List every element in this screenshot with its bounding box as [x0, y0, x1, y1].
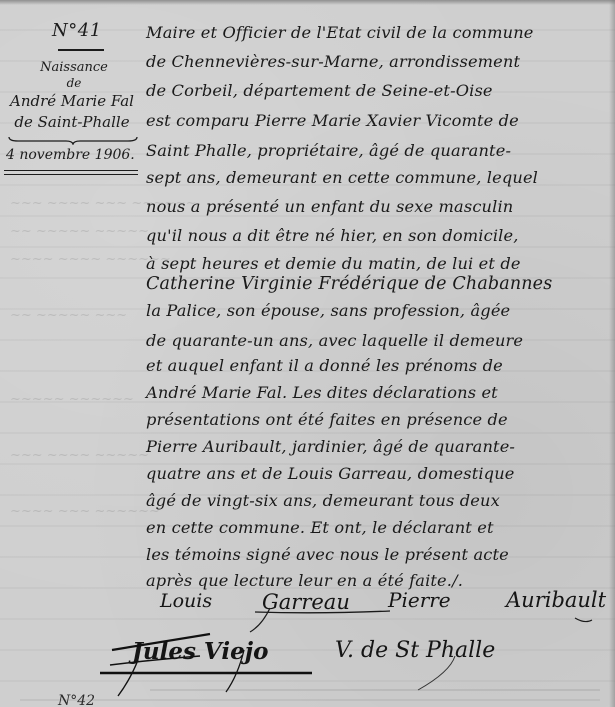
page-right-edge [609, 0, 615, 707]
body-line: Saint Phalle, propriétaire, âgé de quara… [146, 141, 511, 160]
next-act-number-partial: N°42 [58, 693, 95, 707]
body-line: sept ans, demeurant en cette commune, le… [146, 168, 538, 187]
body-line: qu'il nous a dit être né hier, en son do… [146, 226, 519, 245]
body-line: présentations ont été faites en présence… [146, 410, 508, 429]
body-line: âgé de vingt-six ans, demeurant tous deu… [146, 491, 500, 510]
body-line: de quarante-un ans, avec laquelle il dem… [146, 331, 523, 350]
bleed-through-text: ~~~~ ~~~ ~~~~~~ [10, 504, 160, 519]
body-line: est comparu Pierre Marie Xavier Vicomte … [146, 111, 519, 130]
bleed-through-text: ~~~~~ ~~~~~~ [10, 392, 134, 407]
bleed-through-text: ~~ ~~~~~ ~~~ [10, 308, 127, 323]
body-line: de Chennevières-sur-Marne, arrondissemen… [146, 52, 520, 71]
child-name-line1: André Marie Fal [0, 92, 146, 110]
act-number-underline [58, 49, 104, 51]
body-line: les témoins signé avec nous le présent a… [146, 545, 509, 564]
document-page: ~~~ ~~~~ ~~~ ~~~~~~ ~~ ~~~~~ ~~~~~ ~~~~ … [0, 0, 615, 707]
body-line: quatre ans et de Louis Garreau, domestiq… [146, 464, 515, 483]
signature-witness2-last: Auribault [506, 588, 606, 612]
body-line: et auquel enfant il a donné les prénoms … [146, 356, 503, 375]
body-line: André Marie Fal. Les dites déclarations … [146, 383, 498, 402]
bleed-through-text: ~~ ~~~~~ ~~~~~ [10, 224, 149, 239]
body-line: Pierre Auribault, jardinier, âgé de quar… [146, 437, 515, 456]
act-type-preposition: de [0, 76, 148, 90]
act-number: N°41 [52, 20, 102, 41]
page-top-edge [0, 0, 615, 5]
body-line: à sept heures et demie du matin, de lui … [146, 254, 521, 273]
signature-officer: Jules Viejo [132, 638, 268, 665]
body-line: la Palice, son épouse, sans profession, … [146, 301, 510, 320]
body-line: de Corbeil, département de Seine-et-Oise [146, 81, 493, 100]
date-double-underline [4, 170, 138, 175]
signature-witness1-first: Louis [160, 590, 212, 612]
body-line: nous a présenté un enfant du sexe mascul… [146, 197, 513, 216]
body-line: Catherine Virginie Frédérique de Chabann… [146, 274, 552, 294]
curly-brace-icon [8, 135, 138, 145]
child-name-line2: de Saint-Phalle [0, 113, 146, 131]
act-date: 4 novembre 1906. [0, 147, 148, 163]
body-line: en cette commune. Et ont, le déclarant e… [146, 518, 494, 537]
signature-witness1-last: Garreau [262, 590, 350, 614]
act-type: Naissance [0, 60, 148, 75]
body-line: Maire et Officier de l'Etat civil de la … [146, 23, 534, 42]
signature-witness2-first: Pierre [388, 588, 451, 612]
bleed-through-text: ~~~ ~~~~ ~~~~~ [10, 448, 149, 463]
signature-declarant: V. de St Phalle [335, 638, 495, 663]
